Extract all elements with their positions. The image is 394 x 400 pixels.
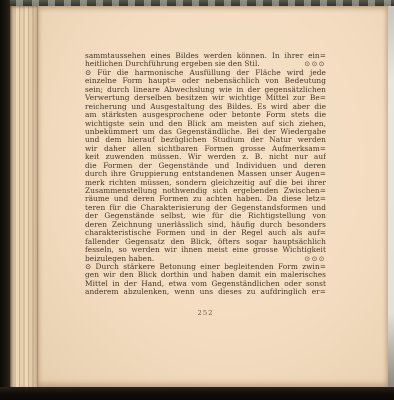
text-line: charakteristische Formen und in der Rege… <box>85 229 326 237</box>
text-line: und dem hierauf bezüglichen Studium der … <box>85 136 326 144</box>
text-line: anderem abzulenken, wenn uns dieses zu a… <box>85 288 326 296</box>
book-bottom-shadow <box>0 387 394 400</box>
line-text: heitlichen Durchführung ergeben sie den … <box>85 60 260 68</box>
text-line: unbekümmert um das Gegenständliche. Bei … <box>85 128 326 136</box>
text-line: einzelne Form haupt= oder nebensächlich … <box>85 77 326 85</box>
text-line: heitlichen Durchführung ergeben sie den … <box>85 60 326 68</box>
line-text: beizulegen haben. <box>85 255 154 263</box>
text-line: am stärksten ausgesprochene oder betonte… <box>85 111 326 119</box>
paragraph-end-ornament: ⊙⊙⊙ <box>304 60 326 68</box>
text-line: durch ihre Gruppierung entstandenen Mass… <box>85 170 326 178</box>
text-line: Mittel in der Hand, etwa vom Gegenständl… <box>85 280 326 288</box>
text-line: fesseln, so werden wir ihnen meist eine … <box>85 246 326 254</box>
text-line: sein; durch lineare Abwechslung wie in d… <box>85 86 326 94</box>
page-number: 252 <box>85 309 326 317</box>
text-line: wichtigste sein und den Blick am meisten… <box>85 120 326 128</box>
stacked-page-edges <box>10 6 39 390</box>
text-line: beizulegen haben.⊙⊙⊙ <box>85 255 326 263</box>
text-line: wir daher allen sichtbaren Formen grosse… <box>85 145 326 153</box>
text-line: Verwertung derselben besitzen wir wichti… <box>85 94 326 102</box>
text-line: Zusammenstellung nothwendig sich ergeben… <box>85 187 326 195</box>
text-line: ⊙ Für die harmonische Ausfüllung der Flä… <box>85 69 326 77</box>
scan-background-strip <box>388 6 394 390</box>
book-spine-edge <box>0 0 10 400</box>
text-line: ⊙ Durch stärkere Betonung einer begleite… <box>85 263 326 271</box>
text-line: reicherung und Ausgestaltung des Bildes.… <box>85 103 326 111</box>
text-line: merk richten müssen, sondern gleichzeiti… <box>85 179 326 187</box>
text-line: deren Zeichnung unerlässlich sind, häufi… <box>85 221 326 229</box>
text-line: gen wir den Blick dorthin und haben dami… <box>85 271 326 279</box>
text-line: fallender Gegensatz den Blick, öfters so… <box>85 238 326 246</box>
text-line: sammtaussehen eines Bildes werden können… <box>85 52 326 60</box>
paragraph-end-ornament: ⊙⊙⊙ <box>304 255 326 263</box>
text-line: der Gegenstände selbst, wie für die Rich… <box>85 212 326 220</box>
text-line: teren für die Charakterisierung der Gege… <box>85 204 326 212</box>
page-text-block: sammtaussehen eines Bildes werden können… <box>85 52 326 297</box>
text-line: keit zuwenden müssen. Wir werden z. B. n… <box>85 153 326 161</box>
text-line: räume und deren Formen zu achten haben. … <box>85 195 326 203</box>
text-line: die Formen der Gegenstände und Individue… <box>85 162 326 170</box>
book-page: sammtaussehen eines Bildes werden können… <box>38 6 389 387</box>
